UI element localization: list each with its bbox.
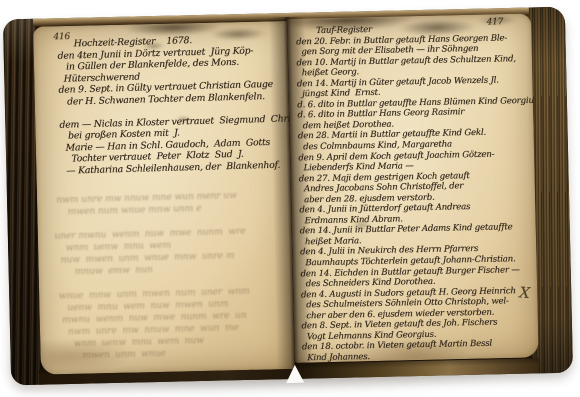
- right-page-number: 417: [486, 17, 503, 27]
- photo-canvas: 416 Hochzeit-Register 1678.den 4ten Juni…: [0, 0, 580, 397]
- left-page-handwriting: Hochzeit-Register 1678.den 4ten Junii in…: [57, 32, 289, 176]
- right-page: 417 Tauf-Registerden 20. Febr. in Buttla…: [287, 13, 539, 362]
- left-page: 416 Hochzeit-Register 1678.den 4ten Juni…: [33, 21, 295, 375]
- open-book: 416 Hochzeit-Register 1678.den 4ten Juni…: [3, 7, 573, 386]
- left-page-number: 416: [53, 32, 70, 42]
- gutter-bottom-gap: [286, 365, 304, 383]
- right-page-handwriting: Tauf-Registerden 20. Febr. in Buttlar ge…: [296, 22, 538, 363]
- margin-x-mark: X: [518, 283, 530, 302]
- left-page-bleedthrough-handwriting: nwm unre mw nnuw mne wun menr uw mwen nu…: [51, 189, 293, 363]
